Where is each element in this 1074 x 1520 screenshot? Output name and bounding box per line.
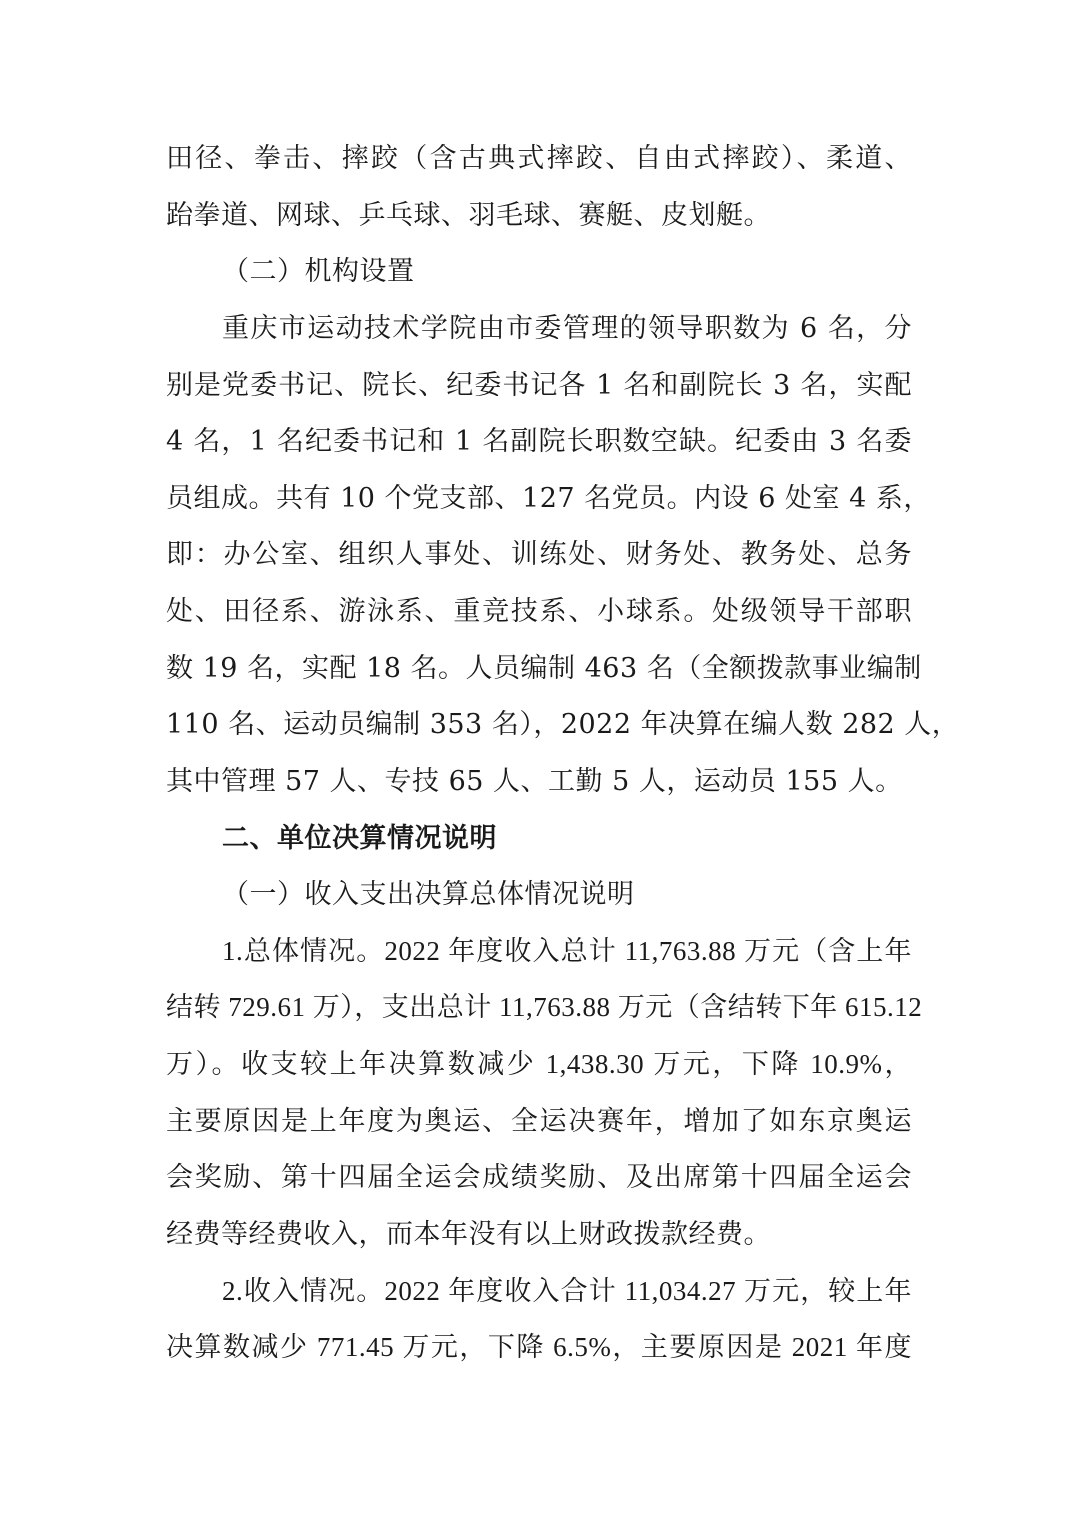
paragraph-line: 数 19 名，实配 18 名。人员编制 463 名（全额拨款事业编制 [166, 640, 912, 697]
paragraph-line: 2.收入情况。2022 年度收入合计 11,034.27 万元，较上年 [166, 1263, 912, 1320]
paragraph-line: 决算数减少 771.45 万元，下降 6.5%，主要原因是 2021 年度 [166, 1319, 912, 1376]
paragraph-line: 跆拳道、网球、乒乓球、羽毛球、赛艇、皮划艇。 [166, 187, 912, 244]
section-subheading: （一）收入支出决算总体情况说明 [166, 866, 912, 923]
paragraph-line: 4 名，1 名纪委书记和 1 名副院长职数空缺。纪委由 3 名委 [166, 413, 912, 470]
paragraph-line: 经费等经费收入，而本年没有以上财政拨款经费。 [166, 1206, 912, 1263]
paragraph-line: 其中管理 57 人、专技 65 人、工勤 5 人，运动员 155 人。 [166, 753, 912, 810]
paragraph-line: 结转 729.61 万），支出总计 11,763.88 万元（含结转下年 615… [166, 979, 912, 1036]
paragraph-line: 1.总体情况。2022 年度收入总计 11,763.88 万元（含上年 [166, 923, 912, 980]
paragraph-line: 重庆市运动技术学院由市委管理的领导职数为 6 名，分 [166, 300, 912, 357]
paragraph-line: 110 名、运动员编制 353 名），2022 年决算在编人数 282 人， [166, 696, 912, 753]
paragraph-line: 处、田径系、游泳系、重竞技系、小球系。处级领导干部职 [166, 583, 912, 640]
paragraph-line: 田径、拳击、摔跤（含古典式摔跤、自由式摔跤）、柔道、 [166, 130, 912, 187]
section-subheading: （二）机构设置 [166, 243, 912, 300]
section-heading: 二、单位决算情况说明 [166, 810, 912, 867]
paragraph-line: 主要原因是上年度为奥运、全运决赛年，增加了如东京奥运 [166, 1093, 912, 1150]
paragraph-line: 别是党委书记、院长、纪委书记各 1 名和副院长 3 名，实配 [166, 357, 912, 414]
paragraph-line: 即：办公室、组织人事处、训练处、财务处、教务处、总务 [166, 526, 912, 583]
paragraph-line: 会奖励、第十四届全运会成绩奖励、及出席第十四届全运会 [166, 1149, 912, 1206]
paragraph-line: 万）。收支较上年决算数减少 1,438.30 万元，下降 10.9%， [166, 1036, 912, 1093]
paragraph-line: 员组成。共有 10 个党支部、127 名党员。内设 6 处室 4 系， [166, 470, 912, 527]
